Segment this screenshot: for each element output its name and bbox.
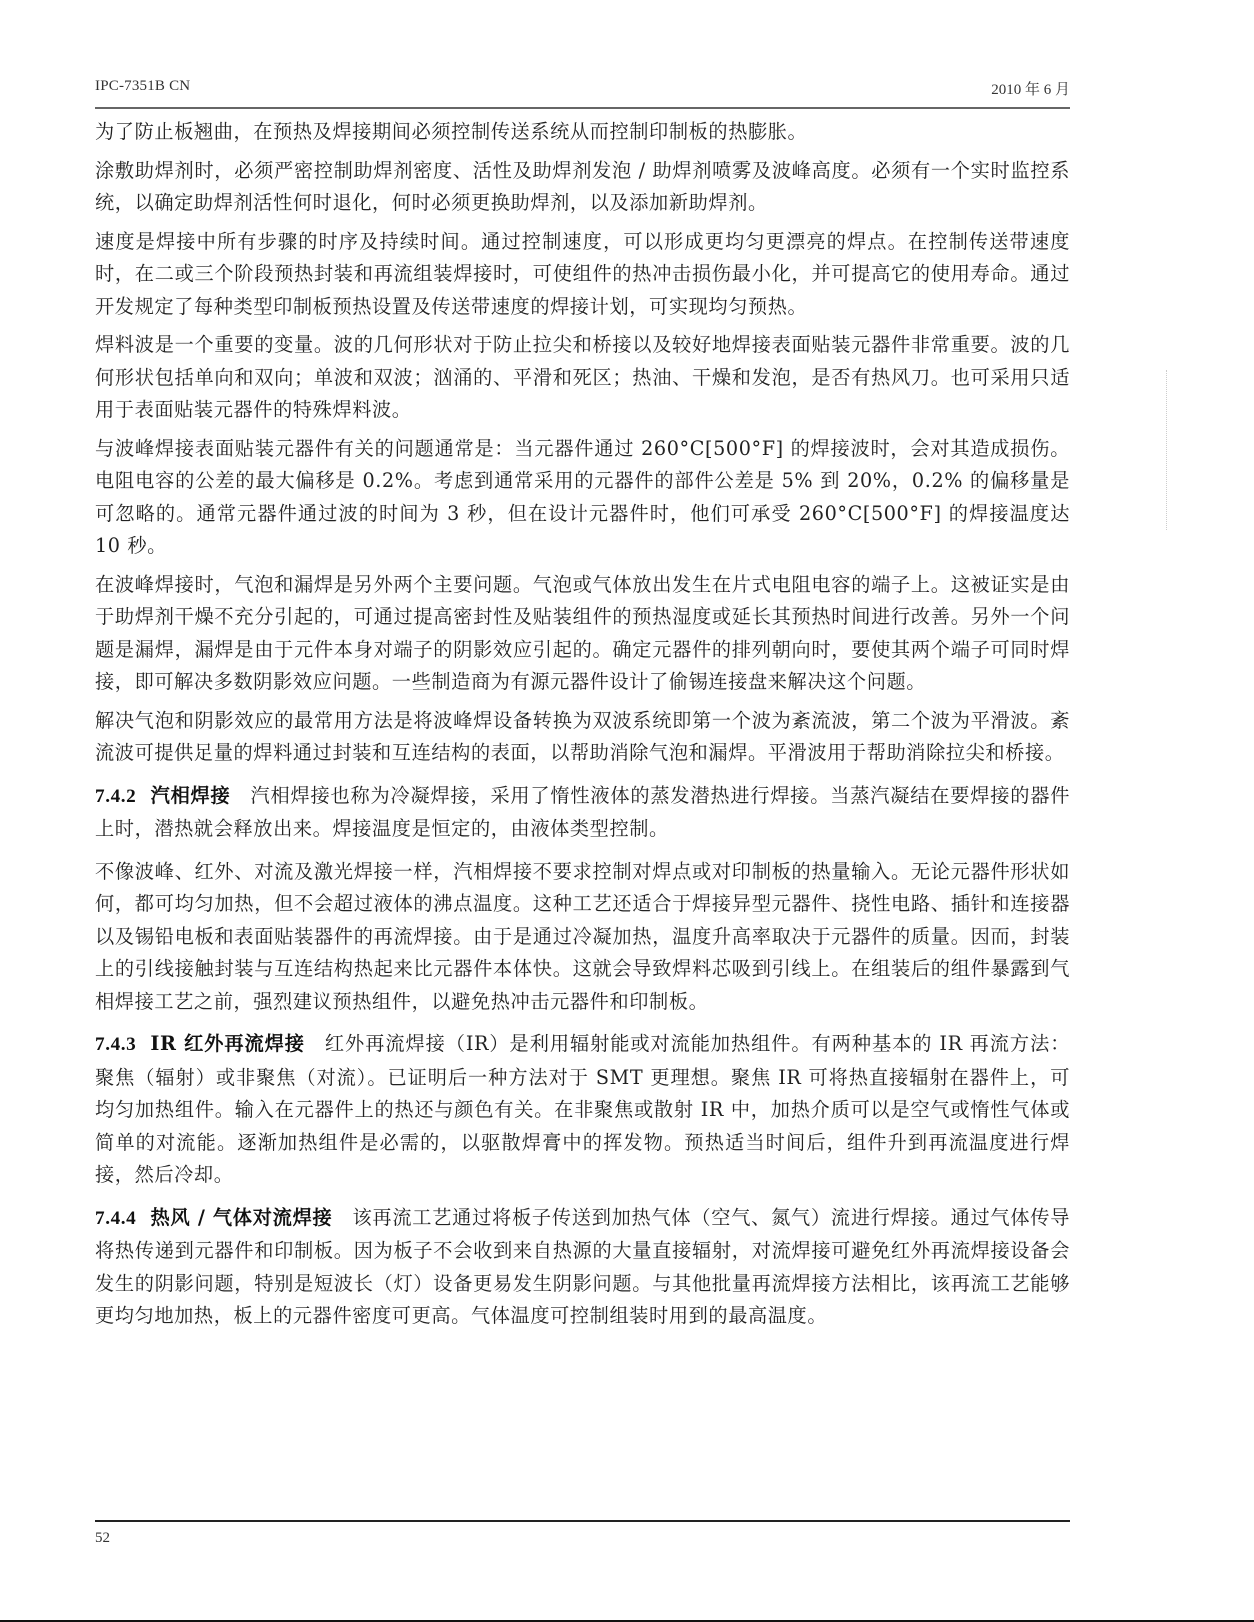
document-id: IPC-7351B CN [95,78,190,95]
paragraph: 在波峰焊接时，气泡和漏焊是另外两个主要问题。气泡或气体放出发生在片式电阻电容的端… [95,569,1070,699]
section-number: 7.4.2 [95,786,136,807]
running-header: IPC-7351B CN 2010 年 6 月 [95,78,1070,104]
header-rule [95,107,1070,109]
body-text: 为了防止板翘曲，在预热及焊接期间必须控制传送系统从而控制印制板的热膨胀。 涂敷助… [95,116,1070,1339]
margin-scan-mark [1166,370,1167,530]
paragraph: 焊料波是一个重要的变量。波的几何形状对于防止拉尖和桥接以及较好地焊接表面贴装元器… [95,329,1070,427]
section-title: 汽相焊接 [150,784,230,807]
section-number: 7.4.4 [95,1208,136,1229]
paragraph: 涂敷助焊剂时，必须严密控制助焊剂密度、活性及助焊剂发泡 / 助焊剂喷雾及波峰高度… [95,155,1070,220]
section-title: IR 红外再流焊接 [150,1032,305,1055]
section-title: 热风 / 气体对流焊接 [150,1206,332,1229]
section-text: 红外再流焊接（IR）是利用辐射能或对流能加热组件。有两种基本的 IR 再流方法：… [95,1032,1070,1186]
page-number: 52 [95,1530,110,1547]
section-7-4-2: 7.4.2汽相焊接汽相焊接也称为冷凝焊接，采用了惰性液体的蒸发潜热进行焊接。当蒸… [95,780,1070,846]
paragraph: 为了防止板翘曲，在预热及焊接期间必须控制传送系统从而控制印制板的热膨胀。 [95,116,1070,149]
section-7-4-4: 7.4.4热风 / 气体对流焊接该再流工艺通过将板子传送到加热气体（空气、氮气）… [95,1202,1070,1333]
section-text: 汽相焊接也称为冷凝焊接，采用了惰性液体的蒸发潜热进行焊接。当蒸汽凝结在要焊接的器… [95,784,1070,841]
document-page: IPC-7351B CN 2010 年 6 月 为了防止板翘曲，在预热及焊接期间… [95,0,1070,1622]
publication-date: 2010 年 6 月 [991,78,1070,99]
section-number: 7.4.3 [95,1034,136,1055]
footer-rule [95,1520,1070,1522]
paragraph: 解决气泡和阴影效应的最常用方法是将波峰焊设备转换为双波系统即第一个波为紊流波，第… [95,705,1070,770]
paragraph: 不像波峰、红外、对流及激光焊接一样，汽相焊接不要求控制对焊点或对印制板的热量输入… [95,856,1070,1019]
paragraph: 与波峰焊接表面贴装元器件有关的问题通常是：当元器件通过 260°C[500°F]… [95,433,1070,563]
paragraph: 速度是焊接中所有步骤的时序及持续时间。通过控制速度，可以形成更均匀更漂亮的焊点。… [95,226,1070,324]
section-7-4-3: 7.4.3IR 红外再流焊接红外再流焊接（IR）是利用辐射能或对流能加热组件。有… [95,1028,1070,1192]
